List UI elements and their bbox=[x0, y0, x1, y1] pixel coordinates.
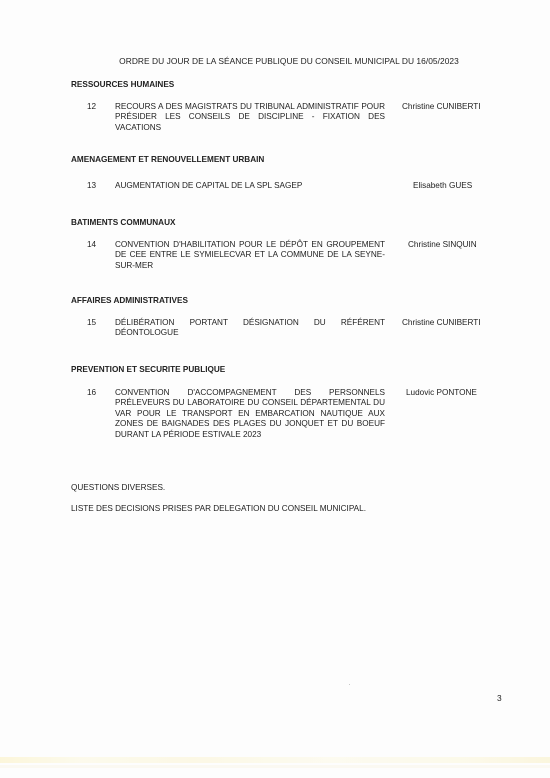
section-heading-affaires-administratives: AFFAIRES ADMINISTRATIVES bbox=[71, 296, 188, 306]
scan-artifact-band-secondary bbox=[0, 765, 550, 768]
item-number: 13 bbox=[87, 181, 96, 191]
item-number: 15 bbox=[87, 318, 96, 328]
liste-des-decisions: LISTE DES DECISIONS PRISES PAR DELEGATIO… bbox=[71, 504, 366, 514]
item-rapporteur: Christine CUNIBERTI bbox=[402, 102, 481, 112]
scan-speck bbox=[349, 684, 350, 685]
section-heading-amenagement: AMENAGEMENT ET RENOUVELLEMENT URBAIN bbox=[71, 155, 264, 165]
section-heading-ressources-humaines: RESSOURCES HUMAINES bbox=[71, 80, 174, 90]
item-rapporteur: Elisabeth GUES bbox=[413, 181, 472, 191]
item-text: DÉLIBÉRATION PORTANT DÉSIGNATION DU RÉFÉ… bbox=[115, 318, 385, 339]
item-rapporteur: Ludovic PONTONE bbox=[406, 388, 477, 398]
scan-artifact-band bbox=[0, 757, 550, 763]
item-number: 14 bbox=[87, 240, 96, 250]
document-title: ORDRE DU JOUR DE LA SÉANCE PUBLIQUE DU C… bbox=[0, 56, 550, 66]
section-heading-batiments-communaux: BATIMENTS COMMUNAUX bbox=[71, 218, 175, 228]
item-text: RECOURS A DES MAGISTRATS DU TRIBUNAL ADM… bbox=[115, 102, 385, 133]
page-number: 3 bbox=[497, 693, 502, 703]
item-rapporteur: Christine CUNIBERTI bbox=[402, 318, 481, 328]
item-number: 12 bbox=[87, 102, 96, 112]
item-text: AUGMENTATION DE CAPITAL DE LA SPL SAGEP bbox=[115, 181, 385, 191]
section-heading-prevention-securite: PREVENTION ET SECURITE PUBLIQUE bbox=[71, 365, 225, 375]
item-number: 16 bbox=[87, 388, 96, 398]
item-rapporteur: Christine SINQUIN bbox=[408, 240, 477, 250]
item-text: CONVENTION D'ACCOMPAGNEMENT DES PERSONNE… bbox=[115, 388, 385, 440]
questions-diverses: QUESTIONS DIVERSES. bbox=[71, 483, 165, 493]
document-page: ORDRE DU JOUR DE LA SÉANCE PUBLIQUE DU C… bbox=[0, 0, 550, 778]
item-text: CONVENTION D'HABILITATION POUR LE DÉPÔT … bbox=[115, 240, 385, 271]
